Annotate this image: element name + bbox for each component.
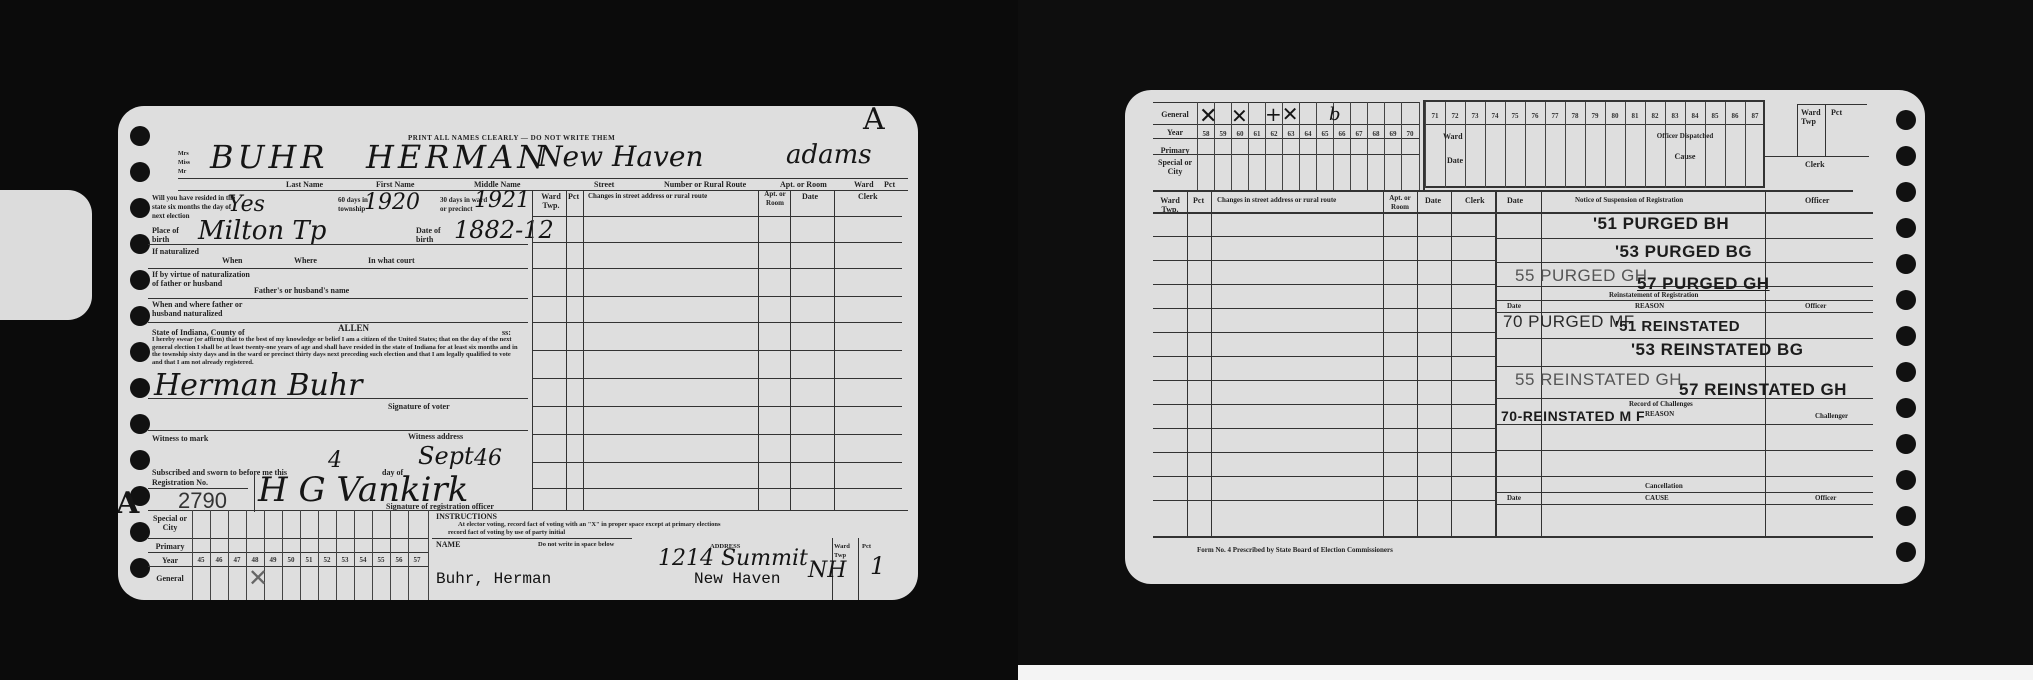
virtue-label: If by virtue of naturalization of father…	[152, 270, 252, 288]
grid-row-special: Special or City	[1155, 158, 1195, 176]
name-typed: Buhr, Herman	[436, 570, 551, 588]
divider	[1497, 476, 1873, 477]
divider	[148, 538, 428, 539]
divider	[1497, 262, 1873, 263]
punch-hole	[130, 378, 150, 398]
divider	[1153, 138, 1419, 139]
divider	[432, 538, 632, 539]
year-cell: 73	[1467, 112, 1483, 120]
grid-col	[408, 510, 409, 600]
grid-row-general: General	[1155, 110, 1195, 119]
street-value: New Haven	[538, 140, 703, 173]
suspension-entry: '51 PURGED BH	[1593, 214, 1729, 234]
address-handwritten: 1214 Summit	[658, 546, 808, 571]
year-cell: 48	[248, 556, 262, 564]
name-label: NAME	[436, 540, 460, 549]
divider	[1153, 428, 1497, 429]
divider	[1187, 190, 1188, 536]
grid-col	[336, 510, 337, 600]
divider	[1211, 190, 1212, 536]
divider	[1765, 156, 1869, 157]
corner-mark: A	[863, 106, 885, 137]
year-cell: 46	[212, 556, 226, 564]
year-cell: 84	[1687, 112, 1703, 120]
changes-header-clerk: Clerk	[858, 192, 878, 201]
divider	[1153, 284, 1497, 285]
reinstatement-title: Reinstatement of Registration	[1609, 291, 1698, 300]
grid-col	[1625, 102, 1626, 188]
vote-mark: b	[1329, 104, 1341, 125]
grid-col	[1705, 102, 1706, 188]
punch-hole	[1896, 110, 1916, 130]
grid-col	[1384, 102, 1385, 190]
state-residence-value: Yes	[228, 192, 265, 217]
divider	[148, 510, 908, 511]
year-cell: 55	[374, 556, 388, 564]
year-cell: 57	[410, 556, 424, 564]
grid-col	[318, 510, 319, 600]
year-cell: 49	[266, 556, 280, 564]
divider	[1797, 104, 1798, 156]
birth-date-value: 1882-12	[454, 216, 554, 244]
reinstatement-header-reason: REASON	[1635, 302, 1664, 311]
divider	[532, 296, 902, 297]
year-cell: 60	[1233, 130, 1247, 138]
changes-header-clerk: Clerk	[1465, 196, 1485, 205]
suspension-entry: 55 PURGED GH	[1515, 266, 1648, 286]
grid-col	[372, 510, 373, 600]
year-cell: 78	[1567, 112, 1583, 120]
year-cell: 52	[320, 556, 334, 564]
bottom-strip	[1018, 665, 2033, 680]
name-prefix-label: Mrs Miss Mr	[178, 150, 192, 177]
year-cell: 71	[1427, 112, 1443, 120]
punch-hole	[1896, 470, 1916, 490]
apt-label: Apt. or Room	[780, 180, 827, 189]
divider	[1497, 492, 1873, 493]
reinstatement-entry: '51 REINSTATED	[1615, 318, 1740, 335]
year-cell: 77	[1547, 112, 1563, 120]
year-cell: 72	[1447, 112, 1463, 120]
birth-place-value: Milton Tp	[198, 216, 326, 246]
cancellation-header-date: Date	[1507, 494, 1521, 503]
grid-col	[354, 510, 355, 600]
divider	[1497, 338, 1873, 339]
challenges-header-reason: REASON	[1645, 410, 1674, 419]
divider	[1451, 190, 1452, 536]
divider	[148, 430, 528, 431]
divider	[1497, 398, 1873, 399]
changes-header-address: Changes in street address or rural route	[588, 192, 707, 201]
grid-col	[1425, 102, 1426, 188]
divider	[532, 322, 902, 323]
divider	[1423, 100, 1763, 102]
challenge-entry: 70-REINSTATED M F	[1501, 408, 1645, 424]
year-cell: 54	[356, 556, 370, 564]
divider	[1153, 536, 1873, 538]
divider	[148, 268, 528, 269]
punch-hole	[130, 126, 150, 146]
right-clerk: Clerk	[1805, 160, 1825, 169]
ward-value: NH	[808, 558, 846, 583]
divider	[1153, 380, 1497, 381]
naturalized-label: If naturalized	[152, 247, 212, 256]
vote-mark: +✕	[1265, 102, 1299, 126]
divider	[1765, 190, 1766, 536]
divider	[1153, 500, 1497, 501]
cancellation-header-cause: CAUSE	[1645, 494, 1669, 503]
divider	[858, 538, 859, 600]
precinct-value: 1921	[474, 188, 530, 213]
divider	[1497, 366, 1873, 367]
index-tab	[0, 190, 92, 320]
year-cell: 47	[230, 556, 244, 564]
reinstatement-header-officer: Officer	[1805, 302, 1826, 311]
punch-hole	[130, 270, 150, 290]
year-cell: 79	[1587, 112, 1603, 120]
grid-col	[192, 510, 193, 600]
grid-col	[1419, 102, 1420, 190]
witness-mark-label: Witness to mark	[152, 434, 208, 443]
general-vote-mark: ✕	[248, 564, 268, 592]
pct-label-bottom: Pct	[862, 542, 871, 551]
number-label: Number or Rural Route	[664, 180, 746, 189]
divider	[148, 566, 428, 567]
divider	[178, 190, 908, 191]
township-value: 1920	[364, 190, 420, 215]
grid-col	[228, 510, 229, 600]
year-cell: 63	[1284, 130, 1298, 138]
reinstatement-entry: 55 REINSTATED GH	[1515, 370, 1682, 390]
grid-col	[1401, 102, 1402, 190]
vote-mark: ✕	[1199, 104, 1217, 129]
divider	[1153, 356, 1497, 357]
grid-col	[1565, 102, 1566, 188]
year-cell: 85	[1707, 112, 1723, 120]
suspension-entry: '53 PURGED BG	[1615, 242, 1752, 262]
year-cell: 61	[1250, 130, 1264, 138]
divider	[1153, 308, 1497, 309]
ward-label: Ward	[854, 180, 874, 189]
divider	[1497, 300, 1873, 301]
divider	[532, 462, 902, 463]
registration-label: Registration No.	[152, 478, 208, 487]
divider	[1153, 404, 1497, 405]
punch-hole	[130, 414, 150, 434]
grid-col	[1585, 102, 1586, 188]
divider	[532, 216, 902, 217]
year-cell: 62	[1267, 130, 1281, 138]
street-label: Street	[594, 180, 614, 189]
grid-col	[1465, 102, 1466, 188]
year-cell: 68	[1369, 130, 1383, 138]
divider	[1153, 332, 1497, 333]
grid-col	[1367, 102, 1368, 190]
punch-hole	[130, 342, 150, 362]
oath-text: I hereby swear (or affirm) that to the b…	[152, 336, 522, 366]
punch-hole	[1896, 326, 1916, 346]
grid-col	[246, 510, 247, 600]
grid-col	[1445, 102, 1446, 188]
grid-col	[1745, 102, 1746, 188]
county-value: ALLEN	[338, 324, 369, 333]
punch-hole	[1896, 218, 1916, 238]
right-ward-twp: Ward Twp	[1801, 108, 1825, 126]
punch-hole	[1896, 434, 1916, 454]
registration-card-front: PRINT ALL NAMES CLEARLY — DO NOT WRITE T…	[118, 106, 918, 600]
right-pct: Pct	[1831, 108, 1842, 117]
year-cell: 67	[1352, 130, 1366, 138]
divider	[532, 434, 902, 435]
grid-b-date: Date	[1447, 156, 1463, 165]
cancellation-header-officer: Officer	[1815, 494, 1836, 503]
grid-row-year: Year	[150, 556, 190, 565]
divider	[532, 488, 902, 489]
divider	[1825, 104, 1826, 156]
changes-header-pct: Pct	[568, 192, 579, 201]
punch-hole	[130, 306, 150, 326]
punch-hole	[130, 234, 150, 254]
year-cell: 53	[338, 556, 352, 564]
divider	[148, 298, 528, 299]
grid-col	[1505, 102, 1506, 188]
grid-col	[300, 510, 301, 600]
divider	[1153, 476, 1497, 477]
naturalized-court-label: In what court	[368, 256, 415, 265]
divider	[532, 242, 902, 243]
year-cell: 58	[1199, 130, 1213, 138]
grid-row-primary: Primary	[150, 542, 190, 551]
divider	[148, 552, 428, 553]
signature-label: Signature of voter	[388, 402, 450, 411]
suspension-header-notice: Notice of Suspension of Registration	[1575, 196, 1683, 205]
divider	[1417, 190, 1418, 536]
grid-col	[1197, 102, 1198, 190]
punch-hole	[1896, 542, 1916, 562]
divider	[532, 350, 902, 351]
form-footer: Form No. 4 Prescribed by State Board of …	[1197, 546, 1393, 555]
grid-col	[428, 510, 429, 600]
punch-hole	[1896, 506, 1916, 526]
grid-col	[1316, 102, 1317, 190]
reinstatement-entry: 57 REINSTATED GH	[1679, 380, 1847, 400]
grid-col	[1665, 102, 1666, 188]
divider	[1423, 186, 1763, 188]
witness-address-label: Witness address	[408, 432, 463, 441]
do-not-write: Do not write in space below	[538, 540, 614, 549]
naturalized-when-label: When	[222, 256, 242, 265]
divider	[1497, 450, 1873, 451]
punch-hole	[1896, 362, 1916, 382]
divider	[1153, 190, 1853, 192]
when-where-label: When and where father or husband natural…	[152, 300, 252, 318]
divider	[1541, 190, 1542, 536]
divider	[1497, 504, 1873, 505]
year-cell: 65	[1318, 130, 1332, 138]
year-cell: 51	[302, 556, 316, 564]
divider	[532, 268, 902, 269]
divider	[148, 398, 528, 399]
grid-b-ward: Ward	[1443, 132, 1463, 141]
punch-hole	[130, 198, 150, 218]
divider	[1153, 154, 1419, 155]
year-cell: 66	[1335, 130, 1349, 138]
divider	[1497, 238, 1873, 239]
changes-header-date: Date	[802, 192, 818, 201]
divider	[148, 244, 528, 245]
divider	[1797, 104, 1867, 105]
last-name-label: Last Name	[286, 180, 323, 189]
year-cell: 69	[1386, 130, 1400, 138]
divider	[1495, 190, 1497, 536]
naturalized-where-label: Where	[294, 256, 317, 265]
year-cell: 70	[1403, 130, 1417, 138]
vote-mark: ✕	[1231, 104, 1248, 128]
grid-col	[210, 510, 211, 600]
cancellation-title: Cancellation	[1645, 482, 1683, 491]
punch-hole	[1896, 182, 1916, 202]
punch-hole	[130, 558, 150, 578]
grid-col	[1350, 102, 1351, 190]
grid-col	[1605, 102, 1606, 188]
year-cell: 80	[1607, 112, 1623, 120]
changes-header-ward: Ward Twp.	[536, 192, 566, 210]
side-mark: A	[118, 486, 139, 521]
year-cell: 83	[1667, 112, 1683, 120]
changes-header-date: Date	[1425, 196, 1441, 205]
pct-label: Pct	[884, 180, 895, 189]
birth-place-label: Place of birth	[152, 226, 188, 244]
grid-col	[1248, 102, 1249, 190]
punch-hole	[130, 450, 150, 470]
grid-col	[1485, 102, 1486, 188]
reinstatement-entry: '53 REINSTATED BG	[1631, 340, 1804, 360]
grid-col	[1685, 102, 1686, 188]
pct-value: 1	[870, 552, 885, 580]
year-value: 46	[474, 446, 502, 471]
punch-hole	[1896, 398, 1916, 418]
divider	[1497, 424, 1873, 425]
grid-col	[1725, 102, 1726, 188]
first-name-value: HERMAN	[366, 138, 549, 176]
divider	[1153, 236, 1497, 237]
year-cell: 59	[1216, 130, 1230, 138]
punch-hole	[1896, 290, 1916, 310]
grid-b-officer: Officer Dispatched	[1655, 132, 1715, 141]
reinstatement-header-date: Date	[1507, 302, 1521, 311]
divider	[178, 178, 908, 179]
apt-handwritten: adams	[786, 140, 872, 170]
divider	[1153, 260, 1497, 261]
father-label: Father's or husband's name	[254, 286, 349, 295]
divider	[1383, 190, 1384, 536]
year-cell: 81	[1627, 112, 1643, 120]
address-typed: New Haven	[694, 570, 780, 588]
month-value: Sept	[418, 442, 474, 470]
year-cell: 86	[1727, 112, 1743, 120]
grid-col	[1299, 102, 1300, 190]
last-name-value: BUHR	[210, 138, 328, 176]
year-cell: 50	[284, 556, 298, 564]
grid-col	[282, 510, 283, 600]
year-cell: 82	[1647, 112, 1663, 120]
punch-hole	[130, 162, 150, 182]
divider	[532, 406, 902, 407]
instructions-text-2: record fact of voting by use of party in…	[448, 528, 565, 537]
registration-card-back: General Year Primary Special or City 58 …	[1125, 90, 1925, 584]
year-cell: 74	[1487, 112, 1503, 120]
suspension-header-officer: Officer	[1805, 196, 1829, 205]
punch-hole	[1896, 254, 1916, 274]
punch-hole	[1896, 146, 1916, 166]
divider	[254, 474, 255, 512]
grid-row-year: Year	[1155, 128, 1195, 137]
punch-hole	[130, 522, 150, 542]
grid-b-cause: Cause	[1655, 152, 1715, 161]
birth-date-label: Date of birth	[416, 226, 452, 244]
divider	[1763, 100, 1765, 188]
year-cell: 87	[1747, 112, 1763, 120]
grid-row-special: Special or City	[150, 514, 190, 532]
grid-col	[390, 510, 391, 600]
challenges-header-challenger: Challenger	[1815, 412, 1848, 421]
year-cell: 56	[392, 556, 406, 564]
divider	[532, 378, 902, 379]
first-name-label: First Name	[376, 180, 414, 189]
changes-header-address: Changes in street address or rural route	[1217, 196, 1336, 205]
year-cell: 75	[1507, 112, 1523, 120]
changes-header-pct: Pct	[1193, 196, 1204, 205]
divider	[1153, 452, 1497, 453]
grid-row-general: General	[150, 574, 190, 583]
grid-col	[1545, 102, 1546, 188]
suspension-header-date: Date	[1507, 196, 1523, 205]
changes-header-apt: Apt. or Room	[1385, 194, 1415, 212]
divider	[1423, 124, 1763, 125]
year-cell: 64	[1301, 130, 1315, 138]
changes-header-apt: Apt. or Room	[760, 190, 790, 208]
year-cell: 76	[1527, 112, 1543, 120]
grid-col	[1645, 102, 1646, 188]
year-cell: 45	[194, 556, 208, 564]
grid-col	[1525, 102, 1526, 188]
